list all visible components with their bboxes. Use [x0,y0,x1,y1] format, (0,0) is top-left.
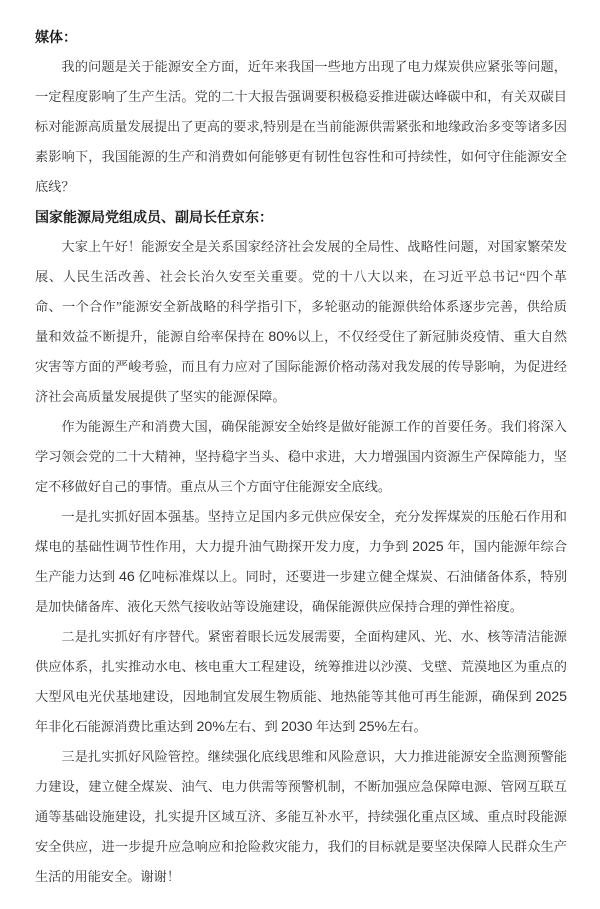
answer-paragraph-tasks: 作为能源生产和消费大国，确保能源安全始终是做好能源工作的首要任务。我们将深入学习… [35,412,567,502]
transcript-page: 媒体： 我的问题是关于能源安全方面，近年来我国一些地方出现了电力煤炭供应紧张等问… [0,0,600,909]
speaker-label-official: 国家能源局党组成员、副局长任京东： [35,202,567,232]
numeric-value: 46 [119,569,135,585]
numeric-value: 2025 [535,689,567,705]
answer-paragraph-point-3: 三是扎实抓好风险管控。继续强化底线思维和风险意识，大力推进能源安全监测预警能力建… [35,742,567,892]
media-question-paragraph: 我的问题是关于能源安全方面，近年来我国一些地方出现了电力煤炭供应紧张等问题，一定… [35,52,567,202]
numeric-value: 25% [359,719,387,735]
numeric-value: 2025 [412,539,444,555]
speaker-label-media: 媒体： [35,22,567,52]
numeric-value: 20% [197,719,225,735]
numeric-value: 2030 [281,719,313,735]
answer-paragraph-point-2: 二是扎实抓好有序替代。紧密着眼长远发展需要，全面构建风、光、水、核等清洁能源供应… [35,622,567,742]
answer-paragraph-point-1: 一是扎实抓好固本强基。坚持立足国内多元供应保安全，充分发挥煤炭的压舱石作用和煤电… [35,502,567,622]
numeric-value: 80% [268,329,296,345]
answer-paragraph-overview: 大家上午好！能源安全是关系国家经济社会发展的全局性、战略性问题，对国家繁荣发展、… [35,232,567,412]
